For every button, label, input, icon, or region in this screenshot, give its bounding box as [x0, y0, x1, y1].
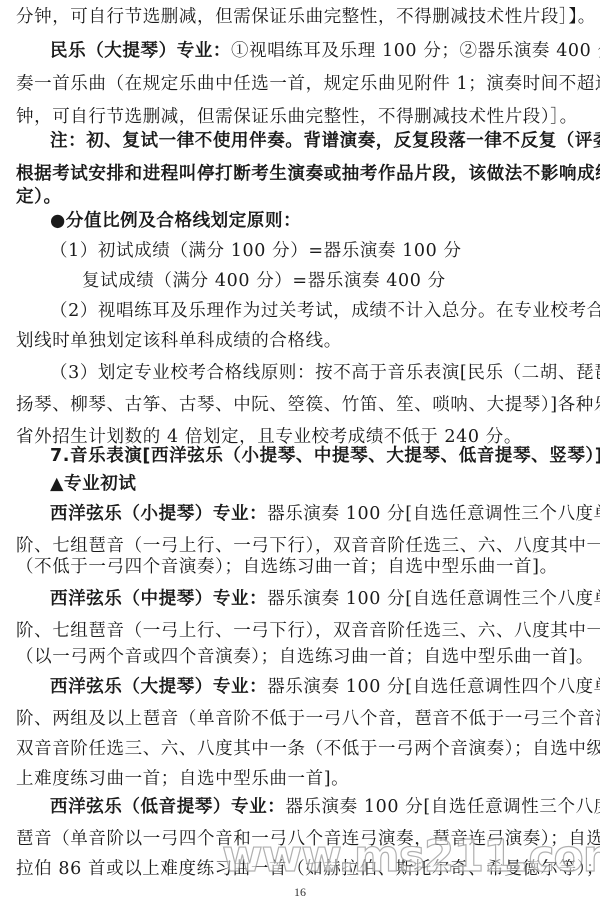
bold-heading: 民乐（大提琴）专业：	[50, 41, 231, 61]
text-line: 西洋弦乐（大提琴）专业：器乐演奏 100 分[自选任意调性四个八度单音音	[50, 676, 586, 698]
text-line: 阶、七组琶音（一弓上行、一弓下行），双音音阶任选三、六、八度其中一条	[16, 620, 586, 642]
text-line: 注：初、复试一律不使用伴奏。背谱演奏，反复段落一律不反复（评委可	[50, 130, 586, 152]
text-line: 上难度练习曲一首；自选中型乐曲一首]。	[16, 768, 586, 790]
text-line: 阶、两组及以上琶音（单音阶不低于一弓八个音，琶音不低于一弓三个音演奏），	[16, 708, 586, 730]
document-page: 分钟，可自行节选删减，但需保证乐曲完整性，不得删减技术性片段］】。民乐（大提琴）…	[0, 0, 600, 907]
text-line: 拉伯 86 首或以上难度练习曲一首（如赫拉伯、斯托尔奇、希曼德尔等）；自选	[16, 858, 586, 880]
bold-heading: 西洋弦乐（大提琴）专业：	[50, 677, 267, 697]
text-line: 扬琴、柳琴、古筝、古琴、中阮、箜篌、竹笛、笙、唢呐、大提琴）]各种乐器	[16, 394, 586, 416]
line-text: 划线时单独划定该科单科成绩的合格线。	[16, 331, 342, 351]
line-text: 注：初、复试一律不使用伴奏。背谱演奏，反复段落一律不反复（评委可	[50, 131, 600, 151]
text-line: 阶、七组琶音（一弓上行、一弓下行），双音音阶任选三、六、八度其中一条	[16, 535, 586, 557]
text-line: （不低于一弓四个音演奏）；自选练习曲一首；自选中型乐曲一首]。	[16, 556, 586, 578]
line-text: 器乐演奏 100 分[自选任意调性四个八度单音音	[267, 677, 600, 697]
text-line: （1）初试成绩（满分 100 分）=器乐演奏 100 分	[50, 240, 586, 262]
line-text: ①视唱练耳及乐理 100 分；②器乐演奏 400 分［演	[231, 41, 600, 61]
text-line: 琶音（单音阶以一弓四个音和一弓八个音连弓演奏，琶音连弓演奏）；自选赫	[16, 828, 586, 850]
text-line: 西洋弦乐（中提琴）专业：器乐演奏 100 分[自选任意调性三个八度单音音	[50, 588, 586, 610]
text-line: 划线时单独划定该科单科成绩的合格线。	[16, 330, 586, 352]
line-text: （以一弓两个音或四个音演奏）；自选练习曲一首；自选中型乐曲一首]。	[16, 647, 594, 667]
line-text: 双音音阶任选三、六、八度其中一条（不低于一弓两个音演奏）；自选中级以	[16, 739, 600, 759]
text-line: 奏一首乐曲（在规定乐曲中任选一首，规定乐曲见附件 1；演奏时间不超过 8 分	[16, 73, 586, 95]
text-line: 分钟，可自行节选删减，但需保证乐曲完整性，不得删减技术性片段］】。	[16, 6, 586, 28]
line-text: 拉伯 86 首或以上难度练习曲一首（如赫拉伯、斯托尔奇、希曼德尔等）；自选	[16, 859, 600, 879]
line-text: 阶、七组琶音（一弓上行、一弓下行），双音音阶任选三、六、八度其中一条	[16, 536, 600, 556]
line-text: 阶、两组及以上琶音（单音阶不低于一弓八个音，琶音不低于一弓三个音演奏），	[16, 709, 600, 729]
bold-heading: 西洋弦乐（小提琴）专业：	[50, 504, 267, 524]
line-text: 器乐演奏 100 分[自选任意调性三个八度单音音	[267, 504, 600, 524]
line-text: 器乐演奏 100 分[自选任意调性三个八度单音音	[267, 589, 600, 609]
line-text: 琶音（单音阶以一弓四个音和一弓八个音连弓演奏，琶音连弓演奏）；自选赫	[16, 829, 600, 849]
line-text: （2）视唱练耳及乐理作为过关考试，成绩不计入总分。在专业校考合格线	[50, 301, 600, 321]
text-line: （以一弓两个音或四个音演奏）；自选练习曲一首；自选中型乐曲一首]。	[16, 646, 586, 668]
line-text: 钟，可自行节选删减，但需保证乐曲完整性，不得删减技术性片段）］。	[16, 107, 578, 127]
bold-heading: 西洋弦乐（低音提琴）专业：	[50, 797, 285, 817]
line-text: 扬琴、柳琴、古筝、古琴、中阮、箜篌、竹笛、笙、唢呐、大提琴）]各种乐器	[16, 395, 600, 415]
text-line: （2）视唱练耳及乐理作为过关考试，成绩不计入总分。在专业校考合格线	[50, 300, 586, 322]
text-line: ▲专业初试	[50, 473, 586, 495]
line-text: 省外招生计划数的 4 倍划定，且专业校考成绩不低于 240 分。	[16, 427, 522, 447]
line-text: 奏一首乐曲（在规定乐曲中任选一首，规定乐曲见附件 1；演奏时间不超过 8 分	[16, 74, 600, 94]
line-text: （1）初试成绩（满分 100 分）=器乐演奏 100 分	[50, 241, 462, 261]
line-text: （不低于一弓四个音演奏）；自选练习曲一首；自选中型乐曲一首]。	[16, 557, 558, 577]
text-line: 钟，可自行节选删减，但需保证乐曲完整性，不得删减技术性片段）］。	[16, 106, 586, 128]
line-text: ▲专业初试	[50, 474, 136, 494]
line-text: （3）划定专业校考合格线原则：按不高于音乐表演[民乐（二胡、琵琶、	[50, 363, 600, 383]
bold-heading: 西洋弦乐（中提琴）专业：	[50, 589, 267, 609]
line-text: 7.音乐表演[西洋弦乐（小提琴、中提琴、大提琴、低音提琴、竖琴）]	[50, 446, 600, 466]
line-text: 分钟，可自行节选删减，但需保证乐曲完整性，不得删减技术性片段］】。	[16, 7, 596, 27]
text-line: 西洋弦乐（小提琴）专业：器乐演奏 100 分[自选任意调性三个八度单音音	[50, 503, 586, 525]
text-line: ●分值比例及合格线划定原则：	[50, 210, 586, 232]
line-text: 上难度练习曲一首；自选中型乐曲一首]。	[16, 769, 349, 789]
text-line: 7.音乐表演[西洋弦乐（小提琴、中提琴、大提琴、低音提琴、竖琴）]	[50, 445, 586, 467]
text-line: 根据考试安排和进程叫停打断考生演奏或抽考作品片段，该做法不影响成绩评	[16, 163, 586, 185]
text-line: 西洋弦乐（低音提琴）专业：器乐演奏 100 分[自选任意调性三个八度音阶、	[50, 796, 586, 818]
line-text: 根据考试安排和进程叫停打断考生演奏或抽考作品片段，该做法不影响成绩评	[16, 164, 600, 184]
line-text: 阶、七组琶音（一弓上行、一弓下行），双音音阶任选三、六、八度其中一条	[16, 621, 600, 641]
text-line: 民乐（大提琴）专业：①视唱练耳及乐理 100 分；②器乐演奏 400 分［演	[50, 40, 586, 62]
line-text: 定）。	[16, 187, 62, 207]
line-text: 器乐演奏 100 分[自选任意调性三个八度音阶、	[285, 797, 600, 817]
text-line: 双音音阶任选三、六、八度其中一条（不低于一弓两个音演奏）；自选中级以	[16, 738, 586, 760]
text-line: （3）划定专业校考合格线原则：按不高于音乐表演[民乐（二胡、琵琶、	[50, 362, 586, 384]
page-number: 16	[0, 885, 600, 900]
text-line: 定）。	[16, 186, 586, 208]
text-line: 复试成绩（满分 400 分）=器乐演奏 400 分	[82, 270, 600, 292]
line-text: ●分值比例及合格线划定原则：	[50, 211, 301, 231]
line-text: 复试成绩（满分 400 分）=器乐演奏 400 分	[82, 271, 446, 291]
